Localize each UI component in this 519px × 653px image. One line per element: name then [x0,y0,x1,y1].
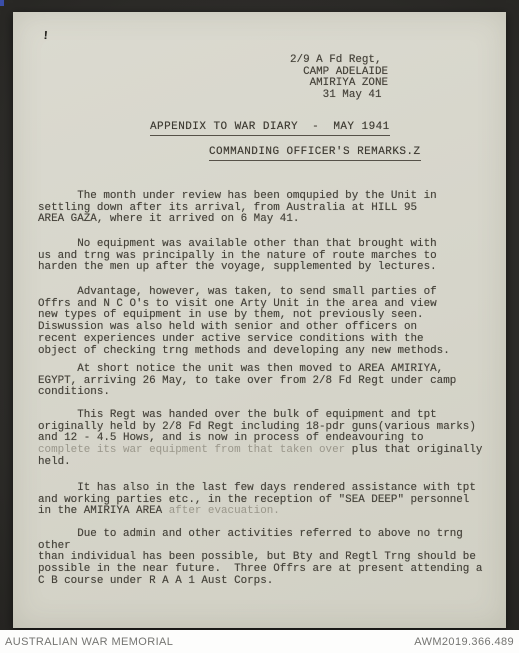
faded-text: complete its war equipment from that tak… [38,444,352,456]
paragraph-4: At short notice the unit was then moved … [38,364,498,399]
paragraph-5-text: This Regt was handed over the bulk of eq… [38,409,476,444]
co-remarks-title: COMMANDING OFFICER'S REMARKS.Z [209,147,421,161]
faded-text: after evacuation. [169,505,280,517]
awm-accession-number: AWM2019.366.489 [414,636,514,648]
paragraph-6: It has also in the last few days rendere… [38,483,498,518]
awm-credit-label: AUSTRALIAN WAR MEMORIAL [5,636,173,648]
paragraph-1: The month under review has been omqupied… [38,191,498,226]
ink-mark: ! [42,31,50,43]
scan-artifact-blue [0,0,4,6]
appendix-title: APPENDIX TO WAR DIARY - MAY 1941 [150,122,390,136]
paragraph-5: This Regt was handed over the bulk of eq… [38,410,498,469]
scan-background: ! 2/9 A Fd Regt, CAMP ADELAIDE AMIRIYA Z… [0,0,519,630]
unit-address-block: 2/9 A Fd Regt, CAMP ADELAIDE AMIRIYA ZON… [290,55,388,102]
paragraph-2: No equipment was available other than th… [38,239,498,274]
paragraph-3: Advantage, however, was taken, to send s… [38,287,498,357]
paragraph-7: Due to admin and other activities referr… [38,529,498,588]
archive-caption-bar: AUSTRALIAN WAR MEMORIAL AWM2019.366.489 [0,630,519,653]
document-page: ! 2/9 A Fd Regt, CAMP ADELAIDE AMIRIYA Z… [13,12,506,628]
